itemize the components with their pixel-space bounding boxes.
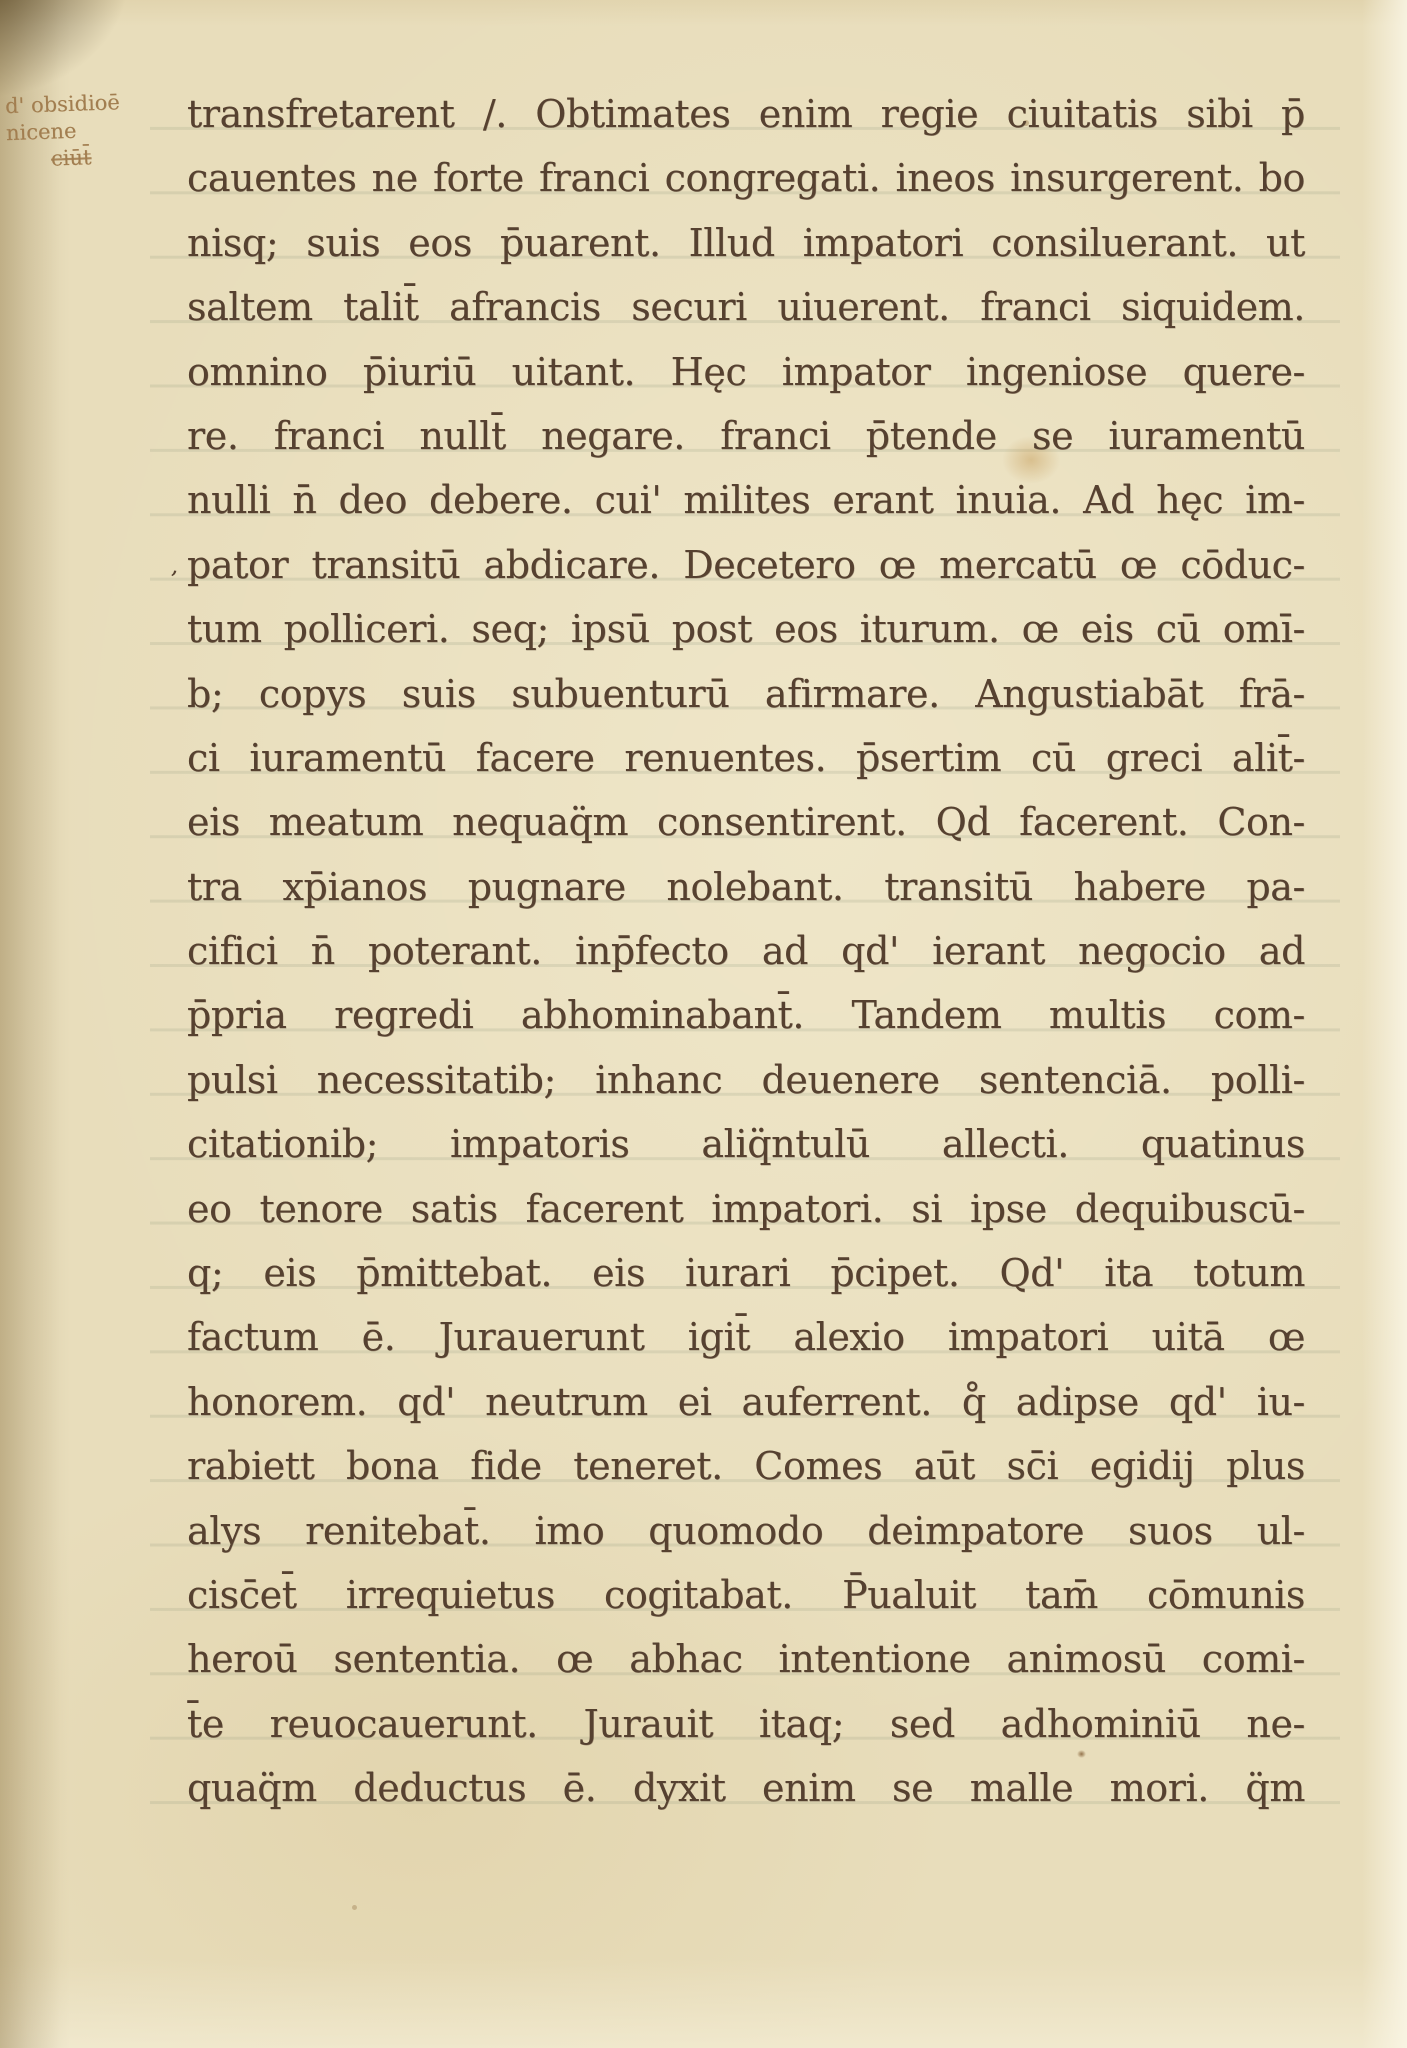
parchment-speck bbox=[352, 1905, 357, 1910]
manuscript-text-line: cifici n̄ poterant. inp̄fecto ad qd' ier… bbox=[187, 919, 1305, 983]
manuscript-text-line: tra xp̄ianos pugnare nolebant. transitū … bbox=[187, 855, 1305, 919]
manuscript-text-line: cisc̄et̄ irrequietus cogitabat. P̄ualuit… bbox=[187, 1563, 1305, 1627]
manuscript-text-line: re. franci nullt̄ negare. franci p̄tende… bbox=[187, 404, 1305, 468]
manuscript-text-line: b; copys suis subuenturū afirmare. Angus… bbox=[187, 662, 1305, 726]
manuscript-text-line: transfretarent /. Obtimates enim regie c… bbox=[187, 82, 1305, 146]
manuscript-text-line: pulsi necessitatib; inhanc deuenere sent… bbox=[187, 1048, 1305, 1112]
manuscript-text-line: alys renitebat̄. imo quomodo deimpatore … bbox=[187, 1499, 1305, 1563]
gutter-shadow bbox=[0, 0, 70, 2048]
manuscript-text-line: quaq̈m deductus ē. dyxit enim se malle m… bbox=[187, 1756, 1305, 1820]
manuscript-text-line: p̄pria regredi abhominabant̄. Tandem mul… bbox=[187, 983, 1305, 1047]
manuscript-text-line: eo tenore satis facerent impatori. si ip… bbox=[187, 1177, 1305, 1241]
manuscript-text-line: t̄e reuocauerunt. Jurauit itaq; sed adho… bbox=[187, 1692, 1305, 1756]
manuscript-text-line: citationib; impatoris aliq̈ntulū allecti… bbox=[187, 1112, 1305, 1176]
manuscript-text-line: rabiett bona fide teneret. Comes aūt sc̄… bbox=[187, 1434, 1305, 1498]
manuscript-text-line: tum polliceri. seq; ipsū post eos iturum… bbox=[187, 597, 1305, 661]
marginal-gloss: d' obsidioē nicene ciūt̄ bbox=[5, 87, 188, 174]
manuscript-text-line: ci iuramentū facere renuentes. p̄sertim … bbox=[187, 726, 1305, 790]
marginal-gloss-line2: ciūt̄ bbox=[50, 141, 187, 173]
manuscript-text-line: omnino p̄iuriū uitant. Hęc impator ingen… bbox=[187, 340, 1305, 404]
manuscript-text-line: heroū sententia. œ abhac intentione anim… bbox=[187, 1627, 1305, 1691]
manuscript-text-line: eis meatum nequaq̈m consentirent. Qd fac… bbox=[187, 790, 1305, 854]
manuscript-text-line: nulli n̄ deo debere. cui' milites erant … bbox=[187, 468, 1305, 532]
manuscript-text-line: factum ē. Jurauerunt igit̄ alexio impato… bbox=[187, 1305, 1305, 1369]
manuscript-text-line: pator transitū abdicare. Decetero œ merc… bbox=[187, 533, 1305, 597]
manuscript-page: d' obsidioē nicene ciūt̄ ʼ transfretaren… bbox=[0, 0, 1407, 2048]
manuscript-text-line: saltem talit̄ afrancis securi uiuerent. … bbox=[187, 275, 1305, 339]
manuscript-text-line: honorem. qd' neutrum ei auferrent. q̊ ad… bbox=[187, 1370, 1305, 1434]
marginal-gloss-line1: d' obsidioē nicene bbox=[5, 90, 120, 145]
manuscript-text-line: q; eis p̄mittebat. eis iurari p̄cipet. Q… bbox=[187, 1241, 1305, 1305]
manuscript-text-block: transfretarent /. Obtimates enim regie c… bbox=[187, 82, 1305, 1821]
manuscript-text-line: nisq; suis eos p̄uarent. Illud impatori … bbox=[187, 211, 1305, 275]
manuscript-text-line: cauentes ne forte franci congregati. ine… bbox=[187, 146, 1305, 210]
